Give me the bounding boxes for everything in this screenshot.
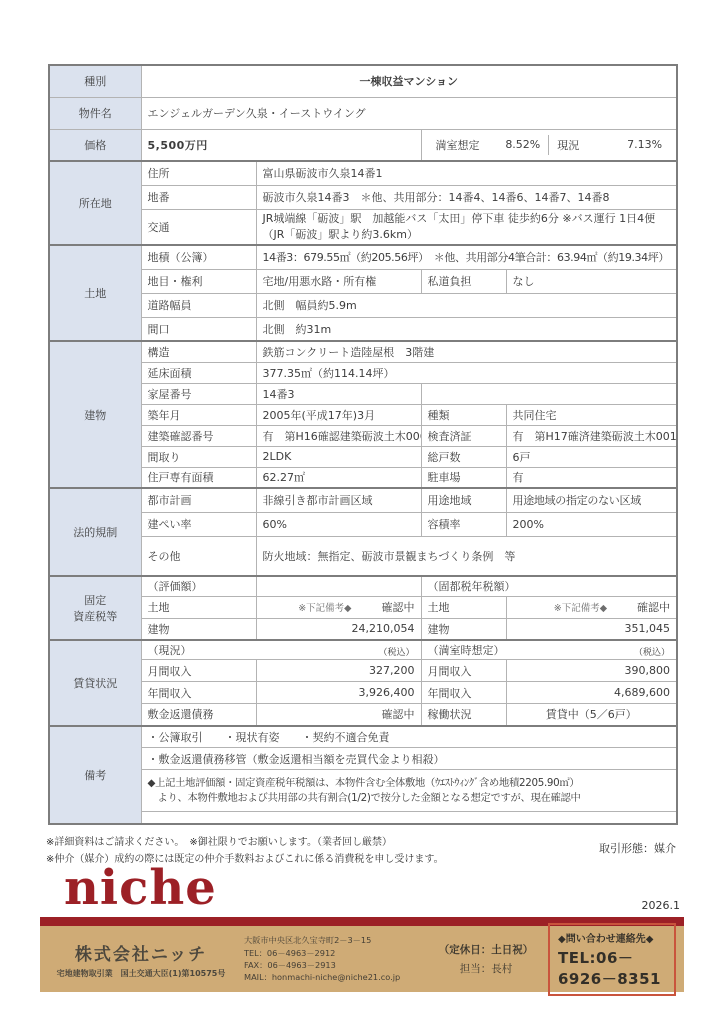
- access-value: JR城端線「砺波」駅 加越能バス「太田」停下車 徒歩約6分 ※バス運行 1日4便…: [256, 209, 677, 245]
- rental-now-header: （現況） （税込）: [141, 640, 421, 660]
- private-road-value: なし: [506, 269, 677, 293]
- land-area-value: 14番3：679.55㎡（約205.56坪） ＊他、共用部分4筆合計：63.94…: [256, 245, 677, 269]
- remarks-line34: ◆上記土地評価額・固定資産税年税額は、本物件含む全体敷地（ｳｴｽﾄｳｨﾝｸﾞ含め…: [141, 770, 677, 812]
- inquiry-title: ◆問い合わせ連絡先◆: [558, 930, 666, 945]
- tax-land2-status: 確認中: [637, 599, 670, 615]
- structure-label: 構造: [141, 341, 256, 362]
- company-info: 大阪市中央区北久宝寺町2－3－15 TEL：06－4963－2912 FAX：0…: [244, 934, 424, 983]
- land-use-value: 宅地/用悪水路・所有権: [256, 269, 421, 293]
- built-value: 2005年(平成17年)3月: [256, 404, 421, 425]
- note-line1: ※詳細資料はご請求ください。 ※御社限りでお願いします。（業者回し厳禁）: [46, 834, 586, 851]
- occupancy-value: 賃貸中（5／6戸）: [506, 704, 677, 726]
- company-mail: MAIL：honmachi-niche@niche21.co.jp: [244, 971, 424, 983]
- company-tel: TEL：06－4963－2912: [244, 947, 424, 959]
- cell-empty: [256, 576, 421, 596]
- type-label: 種別: [49, 65, 141, 97]
- cell-empty: [141, 812, 677, 824]
- structure-value: 鉄筋コンクリート造陸屋根 3階建: [256, 341, 677, 362]
- monthly-label: 月間収入: [141, 660, 256, 682]
- inquiry-tel: TEL:06－6926－8351: [558, 947, 666, 989]
- kind-value: 共同住宅: [506, 404, 677, 425]
- annual-now-value: 3,926,400: [256, 682, 421, 704]
- units-label: 総戸数: [421, 446, 506, 467]
- tax-bld-value: 24,210,054: [256, 618, 421, 640]
- issue-date: 2026.1: [642, 899, 681, 912]
- monthly-now-value: 327,200: [256, 660, 421, 682]
- remarks-line2: ・敷金返還債務移管（敷金返還相当額を売買代金より相殺）: [141, 748, 677, 770]
- section-legal: 法的規制: [49, 488, 141, 576]
- far-label: 容積率: [421, 512, 506, 536]
- section-location: 所在地: [49, 161, 141, 245]
- type-value: 一棟収益マンション: [141, 65, 677, 97]
- lot-label: 地番: [141, 185, 256, 209]
- inspect-value: 有 第H17確済建築砺波土木00126号: [506, 425, 677, 446]
- private-road-label: 私道負担: [421, 269, 506, 293]
- yield-now: 現況 7.13%: [548, 135, 670, 155]
- inspect-label: 検査済証: [421, 425, 506, 446]
- yield-full: 満室想定 8.52%: [428, 135, 549, 155]
- address-label: 住所: [141, 161, 256, 185]
- access-line1: JR城端線「砺波」駅 加越能バス「太田」停下車 徒歩約6分 ※バス運行 1日4便: [263, 211, 671, 227]
- cell-empty: [421, 383, 677, 404]
- deal-type: 取引形態：媒介: [599, 840, 676, 856]
- confirm-label: 建築確認番号: [141, 425, 256, 446]
- zoning-label: 用途地域: [421, 488, 506, 512]
- section-tax-line2: 資産税等: [56, 608, 135, 624]
- land-area-label: 地積（公簿）: [141, 245, 256, 269]
- unit-area-value: 62.27㎡: [256, 467, 421, 488]
- annual-label2: 年間収入: [421, 682, 506, 704]
- bcr-value: 60%: [256, 512, 421, 536]
- deposit-value: 確認中: [256, 704, 421, 726]
- company-band: 株式会社ニッチ 宅地建物取引業 国土交通大臣(1)第10575号 大阪市中央区北…: [40, 926, 684, 992]
- floor-area-label: 延床面積: [141, 362, 256, 383]
- tax-bld2-value: 351,045: [506, 618, 677, 640]
- yield-now-label: 現況: [557, 137, 579, 153]
- monthly-full-value: 390,800: [506, 660, 677, 682]
- tax-land2-note: ※下記備考◆: [554, 600, 607, 614]
- company-license: 宅地建物取引業 国土交通大臣(1)第10575号: [48, 968, 234, 979]
- layout-value: 2LDK: [256, 446, 421, 467]
- rental-now-title: （現況）: [148, 642, 192, 658]
- rental-full-tax: （税込）: [634, 645, 670, 658]
- house-no-value: 14番3: [256, 383, 421, 404]
- address-value: 富山県砺波市久泉14番1: [256, 161, 677, 185]
- parking-value: 有: [506, 467, 677, 488]
- agent-name: 担当：長村: [434, 961, 538, 976]
- yield-full-value: 8.52%: [505, 138, 540, 151]
- rental-now-tax: （税込）: [378, 645, 414, 658]
- floor-area-value: 377.35㎡（約114.14坪）: [256, 362, 677, 383]
- annual-full-value: 4,689,600: [506, 682, 677, 704]
- legal-other-label: その他: [141, 536, 256, 576]
- parking-label: 駐車場: [421, 467, 506, 488]
- bcr-label: 建ぺい率: [141, 512, 256, 536]
- property-name-label: 物件名: [49, 97, 141, 129]
- closed-days: （定休日：土日祝）: [434, 942, 538, 957]
- section-remarks: 備考: [49, 726, 141, 824]
- yield-now-value: 7.13%: [627, 138, 662, 151]
- tax-land2-value: ※下記備考◆ 確認中: [506, 596, 677, 618]
- remarks-line3: ◆上記土地評価額・固定資産税年税額は、本物件含む全体敷地（ｳｴｽﾄｳｨﾝｸﾞ含め…: [148, 776, 671, 791]
- company-name: 株式会社ニッチ: [48, 940, 234, 965]
- remarks-line1: ・公簿取引 ・現状有姿 ・契約不適合免責: [141, 726, 677, 748]
- tax-land-note: ※下記備考◆: [298, 600, 351, 614]
- annual-label: 年間収入: [141, 682, 256, 704]
- access-label: 交通: [141, 209, 256, 245]
- house-no-label: 家屋番号: [141, 383, 256, 404]
- company-logo: niche: [64, 862, 217, 915]
- occupancy-label: 稼働状況: [421, 704, 506, 726]
- zoning-value: 用途地域の指定のない区域: [506, 488, 677, 512]
- price-label: 価格: [49, 129, 141, 161]
- tax-land-status: 確認中: [382, 599, 415, 615]
- road-value: 北側 幅員約5.9m: [256, 293, 677, 317]
- frontage-value: 北側 約31m: [256, 317, 677, 341]
- legal-other-value: 防火地域：無指定、砺波市景観まちづくり条例 等: [256, 536, 677, 576]
- section-tax: 固定 資産税等: [49, 576, 141, 640]
- city-plan-label: 都市計画: [141, 488, 256, 512]
- tax-annual-header: （固都税年税額）: [421, 576, 677, 596]
- tax-land-label: 土地: [141, 596, 256, 618]
- section-land: 土地: [49, 245, 141, 341]
- tax-eval-header: （評価額）: [141, 576, 256, 596]
- tax-bld-label: 建物: [141, 618, 256, 640]
- access-line2: （JR「砺波」駅より約3.6km）: [263, 227, 671, 243]
- inquiry-box: ◆問い合わせ連絡先◆ TEL:06－6926－8351: [548, 923, 676, 996]
- tax-land-value: ※下記備考◆ 確認中: [256, 596, 421, 618]
- property-name-value: エンジェルガーデン久泉・イーストウイング: [141, 97, 677, 129]
- section-tax-line1: 固定: [56, 592, 135, 608]
- frontage-label: 間口: [141, 317, 256, 341]
- lot-value: 砺波市久泉14番3 ＊他、共用部分：14番4、14番6、14番7、14番8: [256, 185, 677, 209]
- closed-column: （定休日：土日祝） 担当：長村: [434, 942, 538, 976]
- city-plan-value: 非線引き都市計画区域: [256, 488, 421, 512]
- deposit-label: 敷金返還債務: [141, 704, 256, 726]
- company-address: 大阪市中央区北久宝寺町2－3－15: [244, 934, 424, 946]
- remarks-line4: より、本物件敷地および共用部の共有割合(1/2)で按分した金額となる想定ですが、…: [148, 791, 671, 806]
- units-value: 6戸: [506, 446, 677, 467]
- yield-cell: 満室想定 8.52% 現況 7.13%: [421, 129, 677, 161]
- rental-full-header: （満室時想定） （税込）: [421, 640, 677, 660]
- company-column: 株式会社ニッチ 宅地建物取引業 国土交通大臣(1)第10575号: [48, 940, 234, 979]
- tax-bld2-label: 建物: [421, 618, 506, 640]
- property-table: 種別 一棟収益マンション 物件名 エンジェルガーデン久泉・イーストウイング 価格…: [48, 64, 678, 825]
- tax-land2-label: 土地: [421, 596, 506, 618]
- far-value: 200%: [506, 512, 677, 536]
- unit-area-label: 住戸専有面積: [141, 467, 256, 488]
- section-rental: 賃貸状況: [49, 640, 141, 726]
- section-building: 建物: [49, 341, 141, 488]
- land-use-label: 地目・権利: [141, 269, 256, 293]
- company-fax: FAX：06－4963－2913: [244, 959, 424, 971]
- price-value: 5,500万円: [141, 129, 421, 161]
- built-label: 築年月: [141, 404, 256, 425]
- road-label: 道路幅員: [141, 293, 256, 317]
- rental-full-title: （満室時想定）: [428, 642, 505, 658]
- kind-label: 種類: [421, 404, 506, 425]
- layout-label: 間取り: [141, 446, 256, 467]
- confirm-value: 有 第H16確認建築砺波土木00633号: [256, 425, 421, 446]
- yield-full-label: 満室想定: [436, 137, 480, 153]
- monthly-label2: 月間収入: [421, 660, 506, 682]
